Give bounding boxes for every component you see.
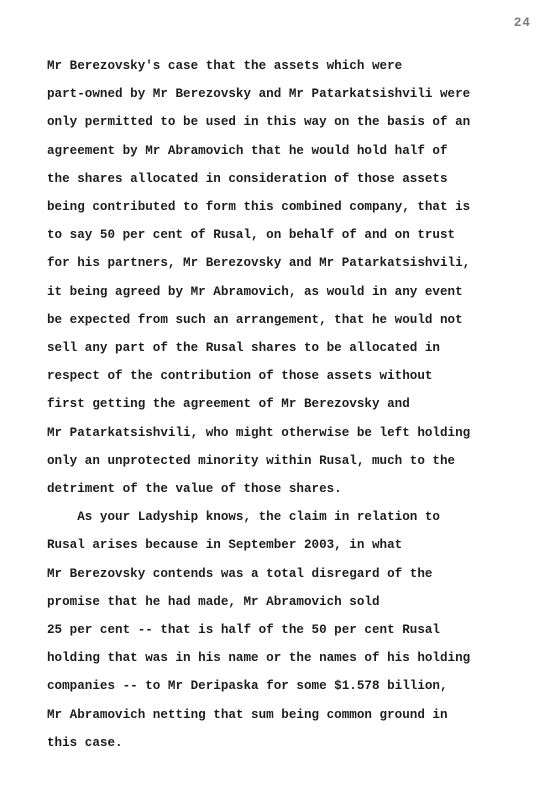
transcript-line: being contributed to form this combined … [47, 193, 548, 221]
transcript-line: part-owned by Mr Berezovsky and Mr Patar… [47, 80, 548, 108]
transcript-line: Mr Patarkatsishvili, who might otherwise… [47, 419, 548, 447]
transcript-line: be expected from such an arrangement, th… [47, 306, 548, 334]
transcript-line: only an unprotected minority within Rusa… [47, 447, 548, 475]
transcript-line: detriment of the value of those shares. [47, 475, 548, 503]
page-number: 24 [514, 16, 531, 30]
transcript-line: holding that was in his name or the name… [47, 644, 548, 672]
transcript-line: first getting the agreement of Mr Berezo… [47, 390, 548, 418]
transcript-line: Rusal arises because in September 2003, … [47, 531, 548, 559]
transcript-line: it being agreed by Mr Abramovich, as wou… [47, 278, 548, 306]
transcript-line: this case. [47, 729, 548, 757]
transcript-line: only permitted to be used in this way on… [47, 108, 548, 136]
transcript-line: companies -- to Mr Deripaska for some $1… [47, 672, 548, 700]
transcript-line: respect of the contribution of those ass… [47, 362, 548, 390]
transcript-line: Mr Berezovsky's case that the assets whi… [47, 52, 548, 80]
transcript-lines: Mr Berezovsky's case that the assets whi… [47, 52, 548, 757]
transcript-page: 24 Mr Berezovsky's case that the assets … [0, 0, 558, 789]
transcript-line: for his partners, Mr Berezovsky and Mr P… [47, 249, 548, 277]
transcript-line: Mr Abramovich netting that sum being com… [47, 701, 548, 729]
transcript-line: agreement by Mr Abramovich that he would… [47, 137, 548, 165]
transcript-line: to say 50 per cent of Rusal, on behalf o… [47, 221, 548, 249]
transcript-line: Mr Berezovsky contends was a total disre… [47, 560, 548, 588]
transcript-line: the shares allocated in consideration of… [47, 165, 548, 193]
transcript-line: sell any part of the Rusal shares to be … [47, 334, 548, 362]
transcript-line: 25 per cent -- that is half of the 50 pe… [47, 616, 548, 644]
transcript-line: As your Ladyship knows, the claim in rel… [47, 503, 548, 531]
transcript-line: promise that he had made, Mr Abramovich … [47, 588, 548, 616]
